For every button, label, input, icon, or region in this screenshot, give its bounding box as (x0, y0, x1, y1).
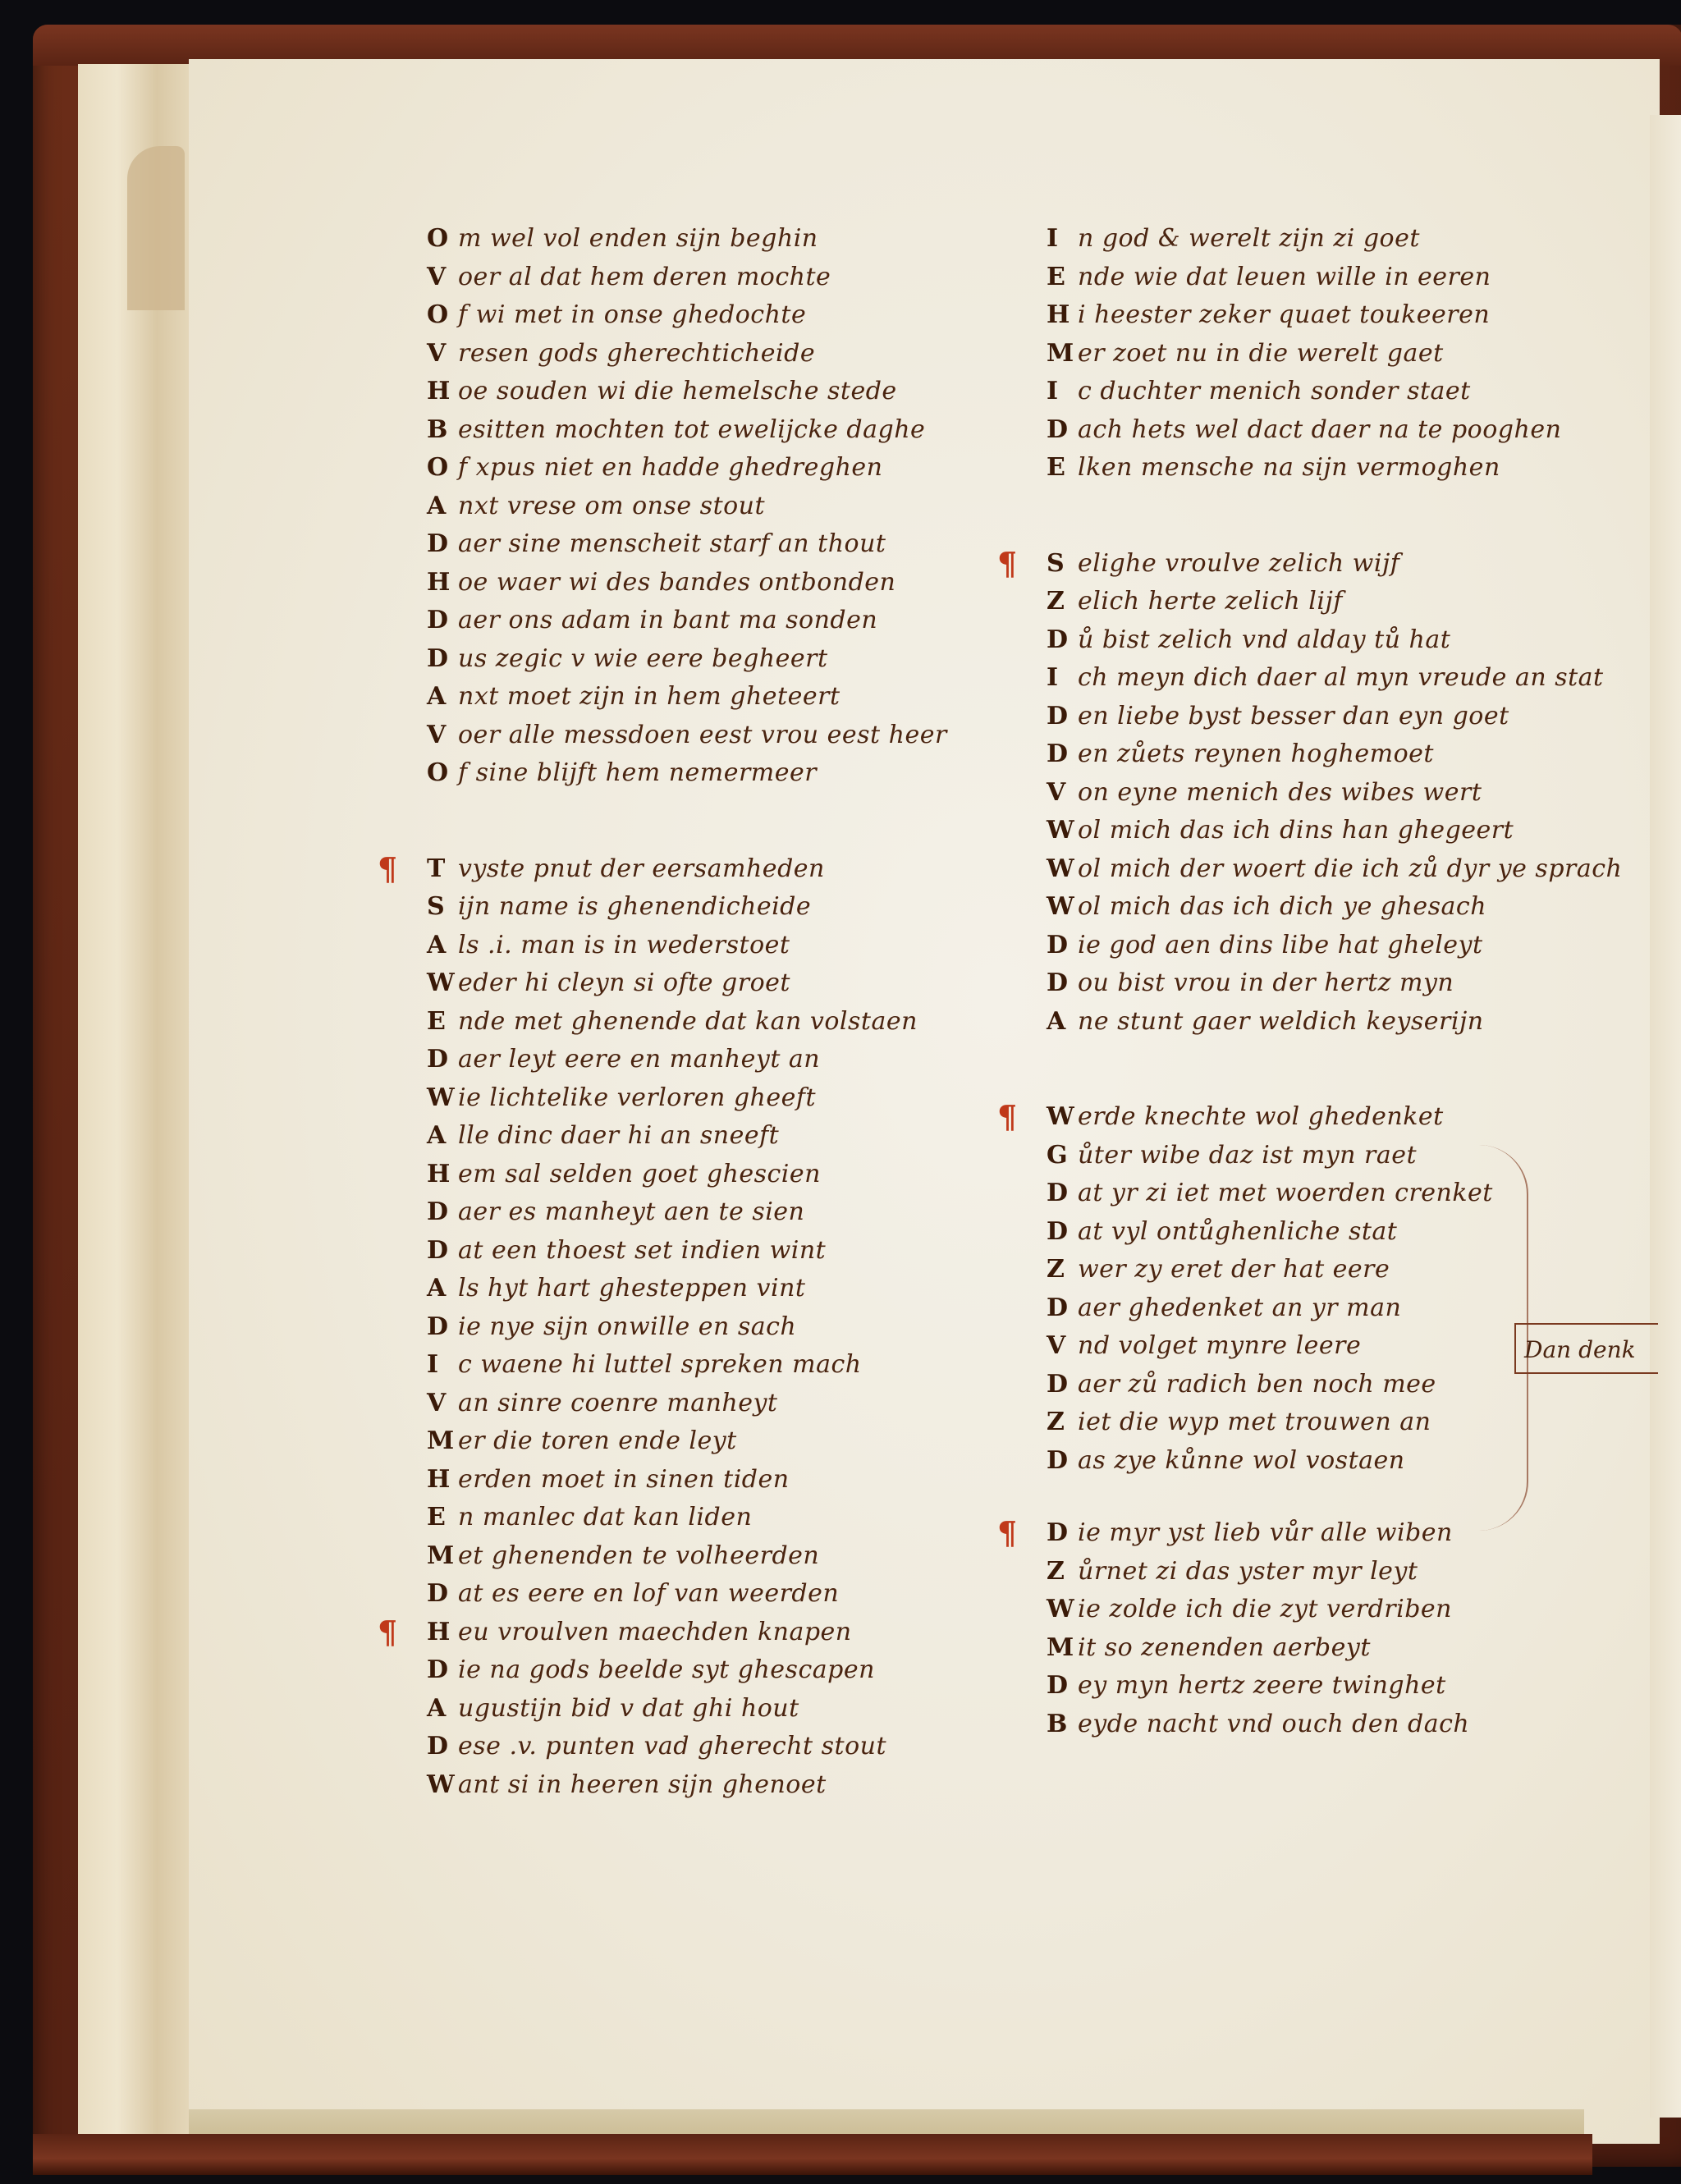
verse-line: Zwer zy eret der hat eere (1047, 1251, 1670, 1289)
verse-line: Das zye kůnne wol vostaen (1047, 1442, 1670, 1481)
verse-line: Ich meyn dich daer al myn vreude an stat (1047, 659, 1670, 698)
stanza-gap (427, 793, 1051, 850)
verse-initial: I (1047, 659, 1078, 698)
verse-text: aer ghedenket an yr man (1078, 1293, 1401, 1322)
verse-initial: B (1047, 1706, 1078, 1744)
verse-text: nxt vrese om onse stout (458, 492, 765, 520)
verse-text: ch meyn dich daer al myn vreude an stat (1078, 663, 1604, 692)
verse-initial: O (427, 449, 458, 488)
verse-line: Hi heester zeker quaet toukeeren (1047, 296, 1670, 335)
stanza-gap (1047, 488, 1670, 545)
verse-text: resen gods gherechticheide (458, 339, 815, 368)
verse-text: m wel vol enden sijn beghin (458, 224, 818, 253)
verse-initial: W (427, 1079, 458, 1118)
verse-text: et ghenenden te volheerden (458, 1541, 819, 1570)
verse-line: Beyde nacht vnd ouch den dach (1047, 1706, 1670, 1744)
verse-line: Herden moet in sinen tiden (427, 1461, 1051, 1499)
verse-initial: D (427, 1193, 458, 1232)
verse-initial: I (427, 1346, 458, 1385)
verse-text: eu vroulven maechden knapen (458, 1618, 852, 1646)
verse-line: In god & werelt zijn zi goet (1047, 220, 1670, 259)
margin-note: Dan denk (1514, 1323, 1658, 1374)
verse-initial: D (1047, 621, 1078, 660)
verse-line: Dat es eere en lof van weerden (427, 1575, 1051, 1614)
verse-text: en liebe byst besser dan eyn goet (1078, 702, 1509, 730)
verse-initial: H (427, 1614, 458, 1652)
verse-text: erden moet in sinen tiden (458, 1465, 790, 1494)
verse-initial: D (1047, 1514, 1078, 1553)
verse-initial: V (1047, 1327, 1078, 1366)
verse-text: aer leyt eere en manheyt an (458, 1045, 820, 1074)
verse-initial: A (1047, 1003, 1078, 1042)
verse-text: ůter wibe daz ist myn raet (1078, 1141, 1417, 1170)
verse-line: Als .i. man is in wederstoet (427, 927, 1051, 965)
verse-initial: H (1047, 296, 1078, 335)
verse-initial: D (427, 525, 458, 564)
verse-line: Die nye sijn onwille en sach (427, 1308, 1051, 1347)
verse-text: lken mensche na sijn vermoghen (1078, 453, 1500, 482)
verse-line: Gůter wibe daz ist myn raet (1047, 1137, 1670, 1175)
verse-initial: W (1047, 850, 1078, 889)
verse-line: Dou bist vrou in der hertz myn (1047, 964, 1670, 1003)
verse-initial: V (1047, 774, 1078, 813)
left-text-column: Om wel vol enden sijn beghinVoer al dat … (427, 220, 1051, 1804)
verse-text: ijn name is ghenendicheide (458, 892, 811, 921)
verse-initial: Z (1047, 1403, 1078, 1442)
verse-text: ey myn hertz zeere twinghet (1078, 1671, 1446, 1700)
verse-initial: D (1047, 698, 1078, 736)
verse-initial: D (1047, 1667, 1078, 1706)
verse-text: er die toren ende leyt (458, 1426, 737, 1455)
verse-initial: O (427, 296, 458, 335)
verse-text: ne stunt gaer weldich keyserijn (1078, 1007, 1484, 1036)
verse-text: ol mich das ich dich ye ghesach (1078, 892, 1486, 921)
verse-line: Daer ons adam in bant ma sonden (427, 602, 1051, 640)
verse-initial: A (427, 1117, 458, 1156)
verse-line: Dus zegic v wie eere begheert (427, 640, 1051, 679)
verse-line: Ane stunt gaer weldich keyserijn (1047, 1003, 1670, 1042)
verse-text: c waene hi luttel spreken mach (458, 1350, 862, 1379)
verse-line: Die god aen dins libe hat gheleyt (1047, 927, 1670, 965)
verse-line: Sijn name is ghenendicheide (427, 888, 1051, 927)
verse-initial: Z (1047, 1553, 1078, 1591)
verse-text: ese .v. punten vad gherecht stout (458, 1732, 886, 1760)
verse-initial: D (427, 1651, 458, 1690)
verse-line: Ziet die wyp met trouwen an (1047, 1403, 1670, 1442)
verse-initial: S (1047, 545, 1078, 584)
verse-initial: D (1047, 1366, 1078, 1404)
verse-initial: D (1047, 927, 1078, 965)
verse-initial: E (1047, 259, 1078, 297)
verse-line: ¶Die myr yst lieb vůr alle wiben (1047, 1514, 1670, 1553)
verse-text: f sine blijft hem nemermeer (458, 758, 817, 787)
verse-line: Wol mich das ich dich ye ghesach (1047, 888, 1670, 927)
verse-initial: Z (1047, 1251, 1078, 1289)
verse-text: ugustijn bid v dat ghi hout (458, 1694, 799, 1723)
verse-text: on eyne menich des wibes wert (1078, 778, 1482, 807)
verse-text: lle dinc daer hi an sneeft (458, 1121, 779, 1150)
verse-line: Dach hets wel dact daer na te pooghen (1047, 411, 1670, 450)
verse-line: En manlec dat kan liden (427, 1499, 1051, 1537)
verse-initial: D (427, 640, 458, 679)
verse-initial: D (1047, 1213, 1078, 1252)
verse-text: at een thoest set indien wint (458, 1236, 826, 1265)
verse-line: Om wel vol enden sijn beghin (427, 220, 1051, 259)
verse-text: nd volget mynre leere (1078, 1331, 1361, 1360)
verse-line: Dů bist zelich vnd alday tů hat (1047, 621, 1670, 660)
verse-text: n manlec dat kan liden (458, 1503, 752, 1532)
verse-text: en zůets reynen hoghemoet (1078, 739, 1434, 768)
verse-initial: E (427, 1003, 458, 1042)
verse-text: at vyl ontůghenliche stat (1078, 1217, 1397, 1246)
verse-line: ¶Werde knechte wol ghedenket (1047, 1098, 1670, 1137)
verse-line: Hoe souden wi die hemelsche stede (427, 373, 1051, 411)
verse-text: elighe vroulve zelich wijf (1078, 549, 1399, 578)
verse-line: Voer alle messdoen eest vrou eest heer (427, 717, 1051, 755)
verse-text: ou bist vrou in der hertz myn (1078, 968, 1454, 997)
verse-initial: D (427, 1728, 458, 1766)
verse-line: Zelich herte zelich lijf (1047, 583, 1670, 621)
verse-initial: D (1047, 1174, 1078, 1213)
verse-initial: T (427, 850, 458, 889)
verse-initial: W (1047, 812, 1078, 850)
verse-initial: W (1047, 888, 1078, 927)
verse-line: Den liebe byst besser dan eyn goet (1047, 698, 1670, 736)
verse-initial: D (1047, 1289, 1078, 1328)
verse-line: Wol mich das ich dins han ghegeert (1047, 812, 1670, 850)
verse-text: at yr zi iet met woerden crenket (1078, 1179, 1493, 1207)
verse-text: aer ons adam in bant ma sonden (458, 606, 877, 634)
verse-text: f wi met in onse ghedochte (458, 300, 806, 329)
verse-text: esitten mochten tot ewelijcke daghe (458, 415, 925, 444)
verse-line: Want si in heeren sijn ghenoet (427, 1766, 1051, 1805)
verse-initial: M (1047, 335, 1078, 373)
verse-line: Daer ghedenket an yr man (1047, 1289, 1670, 1328)
verse-initial: A (427, 1270, 458, 1308)
verse-initial: G (1047, 1137, 1078, 1175)
verse-line: ¶Heu vroulven maechden knapen (427, 1614, 1051, 1652)
verse-initial: W (1047, 1591, 1078, 1629)
pilcrow-rubric-icon: ¶ (378, 850, 398, 889)
verse-initial: D (1047, 735, 1078, 774)
verse-text: ů bist zelich vnd alday tů hat (1078, 625, 1450, 654)
verse-line: Dat een thoest set indien wint (427, 1232, 1051, 1271)
verse-text: oer al dat hem deren mochte (458, 263, 831, 291)
verse-text: ie zolde ich die zyt verdriben (1078, 1595, 1452, 1623)
verse-text: oe souden wi die hemelsche stede (458, 377, 897, 405)
pilcrow-rubric-icon: ¶ (997, 1098, 1018, 1137)
verse-initial: I (1047, 220, 1078, 259)
verse-text: em sal selden goet ghescien (458, 1160, 821, 1188)
verse-text: er zoet nu in die werelt gaet (1078, 339, 1444, 368)
verse-text: ie na gods beelde syt ghescapen (458, 1655, 875, 1684)
verse-text: elich herte zelich lijf (1078, 587, 1343, 616)
verse-initial: H (427, 1461, 458, 1499)
verse-text: ie lichtelike verloren gheeft (458, 1083, 816, 1112)
verse-line: Dat yr zi iet met woerden crenket (1047, 1174, 1670, 1213)
verse-line: Met ghenenden te volheerden (427, 1537, 1051, 1576)
verse-line: Ende wie dat leuen wille in eeren (1047, 259, 1670, 297)
verse-initial: D (427, 1308, 458, 1347)
verse-text: ol mich das ich dins han ghegeert (1078, 816, 1514, 845)
verse-line: Weder hi cleyn si ofte groet (427, 964, 1051, 1003)
verse-text: oe waer wi des bandes ontbonden (458, 568, 895, 597)
verse-text: nde met ghenende dat kan volstaen (458, 1007, 918, 1036)
verse-initial: D (1047, 964, 1078, 1003)
verse-line: Ic duchter menich sonder staet (1047, 373, 1670, 411)
verse-line: Ende met ghenende dat kan volstaen (427, 1003, 1051, 1042)
verse-initial: D (427, 1232, 458, 1271)
verse-text: n god & werelt zijn zi goet (1078, 224, 1420, 253)
verse-initial: O (427, 220, 458, 259)
verse-line: Elken mensche na sijn vermoghen (1047, 449, 1670, 488)
verse-text: f xpus niet en hadde ghedreghen (458, 453, 882, 482)
verse-text: ůrnet zi das yster myr leyt (1078, 1557, 1418, 1586)
verse-line: Hem sal selden goet ghescien (427, 1156, 1051, 1194)
verse-initial: H (427, 373, 458, 411)
verse-text: us zegic v wie eere begheert (458, 644, 828, 673)
verse-line: Alle dinc daer hi an sneeft (427, 1117, 1051, 1156)
verse-line: Anxt moet zijn in hem gheteert (427, 678, 1051, 717)
verse-initial: H (427, 564, 458, 602)
verse-initial: E (1047, 449, 1078, 488)
verse-line: Of xpus niet en hadde ghedreghen (427, 449, 1051, 488)
verse-initial: D (427, 1575, 458, 1614)
verse-line: Dat vyl ontůghenliche stat (1047, 1213, 1670, 1252)
right-text-column: In god & werelt zijn zi goetEnde wie dat… (1047, 220, 1670, 1743)
verse-initial: W (427, 964, 458, 1003)
verse-line: Wie zolde ich die zyt verdriben (1047, 1591, 1670, 1629)
verse-text: an sinre coenre manheyt (458, 1389, 778, 1417)
verse-initial: M (1047, 1629, 1078, 1668)
verse-initial: A (427, 488, 458, 526)
verse-text: ls hyt hart ghesteppen vint (458, 1274, 805, 1303)
verse-initial: I (1047, 373, 1078, 411)
verse-initial: E (427, 1499, 458, 1537)
verse-initial: D (427, 602, 458, 640)
verse-text: aer zů radich ben noch mee (1078, 1370, 1436, 1399)
verse-line: Besitten mochten tot ewelijcke daghe (427, 411, 1051, 450)
verse-text: nxt moet zijn in hem gheteert (458, 682, 840, 711)
verse-line: Zůrnet zi das yster myr leyt (1047, 1553, 1670, 1591)
verse-text: wer zy eret der hat eere (1078, 1255, 1390, 1284)
verse-line: Daer es manheyt aen te sien (427, 1193, 1051, 1232)
verse-text: eder hi cleyn si ofte groet (458, 968, 790, 997)
pilcrow-rubric-icon: ¶ (378, 1614, 398, 1652)
verse-line: Daer leyt eere en manheyt an (427, 1041, 1051, 1079)
verse-initial: V (427, 717, 458, 755)
verse-initial: M (427, 1422, 458, 1461)
verse-text: erde knechte wol ghedenket (1078, 1102, 1444, 1131)
verse-text: at es eere en lof van weerden (458, 1579, 839, 1608)
stanza-gap (1047, 1480, 1670, 1514)
verse-line: Of sine blijft hem nemermeer (427, 754, 1051, 793)
verse-line: Mer die toren ende leyt (427, 1422, 1051, 1461)
verse-text: ol mich der woert die ich zů dyr ye spra… (1078, 854, 1622, 883)
verse-initial: Z (1047, 583, 1078, 621)
verse-line: Van sinre coenre manheyt (427, 1385, 1051, 1423)
verse-initial: D (427, 1041, 458, 1079)
verse-text: ie god aen dins libe hat gheleyt (1078, 931, 1483, 959)
verse-text: i heester zeker quaet toukeeren (1078, 300, 1490, 329)
verse-line: Dese .v. punten vad gherecht stout (427, 1728, 1051, 1766)
verse-line: Von eyne menich des wibes wert (1047, 774, 1670, 813)
verse-text: ach hets wel dact daer na te pooghen (1078, 415, 1561, 444)
verse-text: c duchter menich sonder staet (1078, 377, 1471, 405)
verse-initial: W (1047, 1098, 1078, 1137)
verse-line: Voer al dat hem deren mochte (427, 259, 1051, 297)
verse-text: aer sine menscheit starf an thout (458, 529, 886, 558)
verse-line: Mit so zenenden aerbeyt (1047, 1629, 1670, 1668)
verse-line: Wol mich der woert die ich zů dyr ye spr… (1047, 850, 1670, 889)
verse-line: Mer zoet nu in die werelt gaet (1047, 335, 1670, 373)
verse-text: ant si in heeren sijn ghenoet (458, 1770, 827, 1799)
verse-initial: V (427, 335, 458, 373)
verse-line: Of wi met in onse ghedochte (427, 296, 1051, 335)
pilcrow-rubric-icon: ¶ (997, 545, 1018, 584)
verse-initial: D (1047, 1442, 1078, 1481)
verse-line: Daer sine menscheit starf an thout (427, 525, 1051, 564)
verse-text: ls .i. man is in wederstoet (458, 931, 790, 959)
verse-line: Anxt vrese om onse stout (427, 488, 1051, 526)
verse-text: oer alle messdoen eest vrou eest heer (458, 721, 947, 749)
verse-initial: A (427, 678, 458, 717)
pilcrow-rubric-icon: ¶ (997, 1514, 1018, 1553)
verse-text: as zye kůnne wol vostaen (1078, 1446, 1405, 1475)
verse-line: Die na gods beelde syt ghescapen (427, 1651, 1051, 1690)
verse-line: Wie lichtelike verloren gheeft (427, 1079, 1051, 1118)
verse-initial: O (427, 754, 458, 793)
verse-initial: D (1047, 411, 1078, 450)
verse-line: Hoe waer wi des bandes ontbonden (427, 564, 1051, 602)
verse-line: Dey myn hertz zeere twinghet (1047, 1667, 1670, 1706)
verse-text: ie myr yst lieb vůr alle wiben (1078, 1518, 1453, 1547)
stanza-gap (1047, 1041, 1670, 1098)
verse-text: nde wie dat leuen wille in eeren (1078, 263, 1491, 291)
verse-line: Den zůets reynen hoghemoet (1047, 735, 1670, 774)
verse-line: Ic waene hi luttel spreken mach (427, 1346, 1051, 1385)
verse-initial: B (427, 411, 458, 450)
verse-text: it so zenenden aerbeyt (1078, 1633, 1371, 1662)
verse-line: ¶Selighe vroulve zelich wijf (1047, 545, 1670, 584)
verse-line: Als hyt hart ghesteppen vint (427, 1270, 1051, 1308)
verse-text: aer es manheyt aen te sien (458, 1197, 804, 1226)
verse-text: vyste pnut der eersamheden (458, 854, 825, 883)
verse-text: iet die wyp met trouwen an (1078, 1408, 1431, 1436)
verse-initial: S (427, 888, 458, 927)
verse-initial: M (427, 1537, 458, 1576)
binding-bottom-edge (33, 2134, 1592, 2175)
verse-initial: A (427, 927, 458, 965)
verse-initial: H (427, 1156, 458, 1194)
verse-line: Augustijn bid v dat ghi hout (427, 1690, 1051, 1728)
verse-initial: W (427, 1766, 458, 1805)
verse-line: ¶Tvyste pnut der eersamheden (427, 850, 1051, 889)
verse-line: Vresen gods gherechticheide (427, 335, 1051, 373)
verse-text: ie nye sijn onwille en sach (458, 1312, 796, 1341)
verse-initial: V (427, 1385, 458, 1423)
verse-initial: V (427, 259, 458, 297)
verse-text: eyde nacht vnd ouch den dach (1078, 1710, 1469, 1738)
verse-initial: A (427, 1690, 458, 1728)
